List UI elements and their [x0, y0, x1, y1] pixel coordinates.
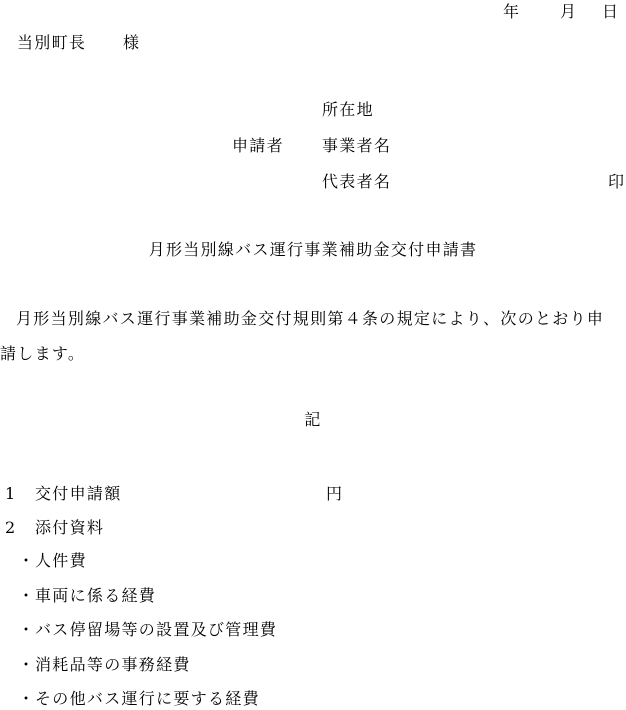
attachment-item-label: 車両に係る経費: [35, 587, 156, 605]
body-text-line-1: 月形当別線バス運行事業補助金交付規則第４条の規定により、次のとおり申: [16, 310, 604, 328]
attachment-item-label: 消耗品等の事務経費: [35, 656, 191, 674]
attachment-item-label: バス停留場等の設置及び管理費: [35, 621, 277, 639]
item-2-number: 2: [5, 519, 16, 537]
attachment-item-label: 人件費: [35, 552, 87, 570]
bullet-icon: ・: [18, 690, 35, 708]
addressee-name: 当別町長: [17, 34, 86, 52]
attachment-item-label: その他バス運行に要する経費: [35, 690, 260, 708]
bullet-icon: ・: [18, 587, 35, 605]
bullet-icon: ・: [18, 656, 35, 674]
section-marker: 記: [0, 411, 626, 429]
date-day-label: 日: [602, 3, 619, 21]
applicant-label: 申請者: [232, 137, 284, 155]
date-year-label: 年: [503, 3, 520, 21]
applicant-address-label: 所在地: [322, 101, 374, 119]
addressee-honorific: 様: [123, 34, 140, 52]
grant-application-document: 年 月 日 当別町長 様 所在地 申請者 事業者名 代表者名 印 月形当別線バス…: [0, 0, 626, 710]
applicant-representative-label: 代表者名: [322, 173, 391, 191]
item-1-unit: 円: [326, 485, 343, 503]
date-month-label: 月: [560, 3, 577, 21]
applicant-business-name-label: 事業者名: [322, 137, 391, 155]
document-title: 月形当別線バス運行事業補助金交付申請書: [0, 241, 626, 259]
item-1-label: 交付申請額: [35, 485, 122, 503]
seal-mark: 印: [608, 173, 625, 191]
bullet-icon: ・: [18, 552, 35, 570]
item-1-number: 1: [5, 485, 16, 503]
item-2-label: 添付資料: [35, 519, 104, 537]
body-text-line-2: 請します。: [0, 345, 85, 363]
bullet-icon: ・: [18, 621, 35, 639]
